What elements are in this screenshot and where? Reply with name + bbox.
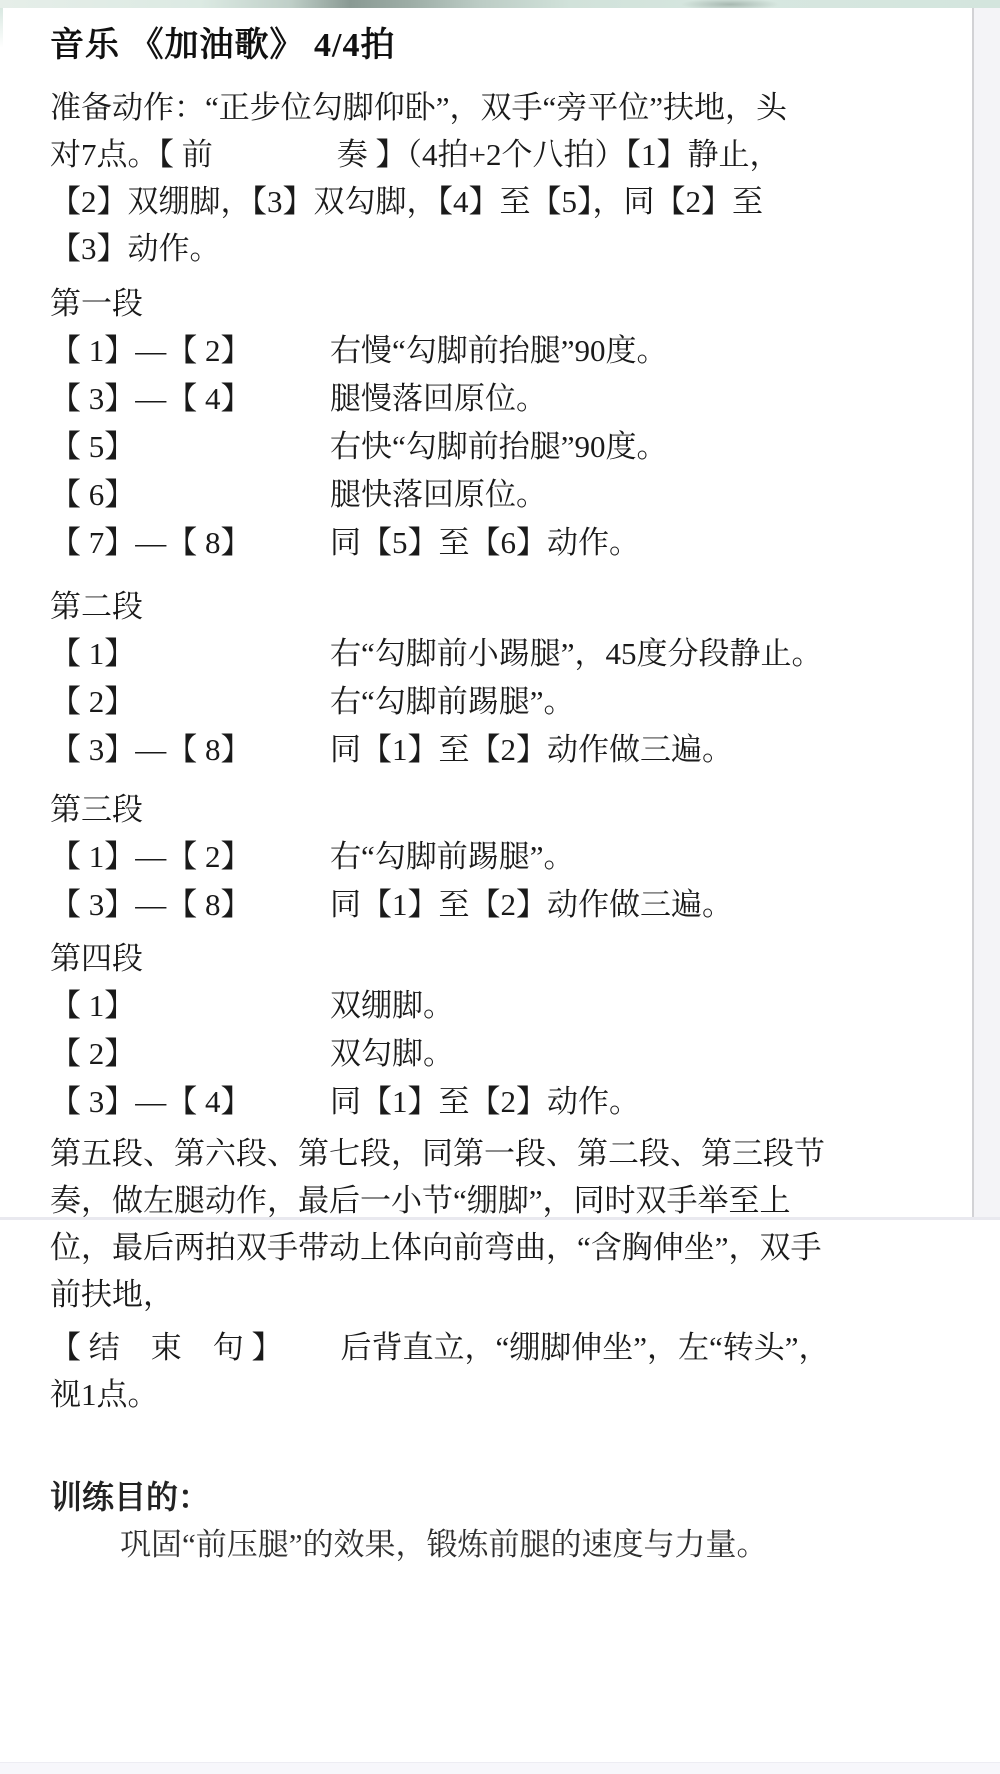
movement-row: 【 2】 右“勾脚前踢腿”。 <box>50 678 940 726</box>
movement-description: 右“勾脚前小踢腿”，45度分段静止。 <box>330 630 940 678</box>
bottom-edge-decoration <box>0 1762 1000 1774</box>
intro-line-2: 对7点。【 前 奏 】（4拍+2个八拍）【1】静止， <box>50 131 940 178</box>
beat-range: 【 1】 <box>50 630 330 678</box>
movement-row: 【 6】 腿快落回原位。 <box>50 471 940 519</box>
training-purpose-body: 巩固“前压腿”的效果，锻炼前腿的速度与力量。 <box>50 1521 940 1568</box>
ending-tail: 视1点。 <box>50 1371 940 1418</box>
closing-line-1: 第五段、第六段、第七段，同第一段、第二段、第三段节 <box>50 1130 940 1177</box>
movement-row: 【 1】—【 2】 右“勾脚前踢腿”。 <box>50 833 940 881</box>
movement-description: 同【1】至【2】动作。 <box>330 1078 940 1126</box>
closing-paragraph: 第五段、第六段、第七段，同第一段、第二段、第三段节 奏，做左腿动作，最后一小节“… <box>50 1130 940 1318</box>
scrollbar-track[interactable] <box>972 8 1000 1217</box>
ending-description: 后背直立，“绷脚伸坐”，左“转头”， <box>341 1324 830 1371</box>
section-3: 第三段 【 1】—【 2】 右“勾脚前踢腿”。 【 3】—【 8】 同【1】至【… <box>50 786 940 929</box>
movement-row: 【 5】 右快“勾脚前抬腿”90度。 <box>50 423 940 471</box>
beat-range: 【 3】—【 8】 <box>50 726 330 774</box>
movement-row: 【 7】—【 8】 同【5】至【6】动作。 <box>50 519 940 567</box>
movement-description: 同【5】至【6】动作。 <box>330 519 940 567</box>
intro-line-1: 准备动作：“正步位勾脚仰卧”，双手“旁平位”扶地，头 <box>50 84 940 131</box>
beat-range: 【 6】 <box>50 471 330 519</box>
beat-range: 【 3】—【 4】 <box>50 1078 330 1126</box>
training-purpose-heading: 训练目的： <box>50 1474 940 1521</box>
ending-label: 【 结 束 句 】 <box>50 1324 283 1371</box>
movement-row: 【 3】—【 4】 同【1】至【2】动作。 <box>50 1078 940 1126</box>
movement-description: 同【1】至【2】动作做三遍。 <box>330 881 940 929</box>
movement-row: 【 3】—【 8】 同【1】至【2】动作做三遍。 <box>50 726 940 774</box>
movement-row: 【 3】—【 4】 腿慢落回原位。 <box>50 375 940 423</box>
movement-row: 【 3】—【 8】 同【1】至【2】动作做三遍。 <box>50 881 940 929</box>
preparation-paragraph: 准备动作：“正步位勾脚仰卧”，双手“旁平位”扶地，头 对7点。【 前 奏 】（4… <box>50 84 940 272</box>
section-2-heading: 第二段 <box>50 583 940 630</box>
intro-line-4: 【3】动作。 <box>50 225 940 272</box>
movement-row: 【 1】 右“勾脚前小踢腿”，45度分段静止。 <box>50 630 940 678</box>
movement-row: 【 1】—【 2】 右慢“勾脚前抬腿”90度。 <box>50 327 940 375</box>
left-edge-tint <box>0 8 3 48</box>
beat-range: 【 5】 <box>50 423 330 471</box>
movement-description: 右慢“勾脚前抬腿”90度。 <box>330 327 940 375</box>
document-page: 音乐 《加油歌》 4/4拍 准备动作：“正步位勾脚仰卧”，双手“旁平位”扶地，头… <box>0 0 1000 1774</box>
beat-range: 【 3】—【 4】 <box>50 375 330 423</box>
section-4-heading: 第四段 <box>50 935 940 982</box>
section-3-heading: 第三段 <box>50 786 940 833</box>
top-edge-decoration <box>0 0 1000 8</box>
movement-description: 右“勾脚前踢腿”。 <box>330 833 940 881</box>
beat-range: 【 7】—【 8】 <box>50 519 330 567</box>
movement-description: 同【1】至【2】动作做三遍。 <box>330 726 940 774</box>
section-2: 第二段 【 1】 右“勾脚前小踢腿”，45度分段静止。 【 2】 右“勾脚前踢腿… <box>50 583 940 774</box>
intro-line-3: 【2】双绷脚，【3】双勾脚，【4】至【5】，同【2】至 <box>50 178 940 225</box>
section-1-heading: 第一段 <box>50 280 940 327</box>
movement-description: 腿慢落回原位。 <box>330 375 940 423</box>
closing-line-4: 前扶地， <box>50 1271 940 1318</box>
ending-phrase-row: 【 结 束 句 】 后背直立，“绷脚伸坐”，左“转头”， <box>50 1324 940 1371</box>
movement-row: 【 1】 双绷脚。 <box>50 982 940 1030</box>
movement-description: 双绷脚。 <box>330 982 940 1030</box>
beat-range: 【 1】 <box>50 982 330 1030</box>
training-purpose-block: 训练目的： 巩固“前压腿”的效果，锻炼前腿的速度与力量。 <box>50 1474 940 1568</box>
beat-range: 【 2】 <box>50 678 330 726</box>
beat-range: 【 2】 <box>50 1030 330 1078</box>
movement-description: 右快“勾脚前抬腿”90度。 <box>330 423 940 471</box>
section-4: 第四段 【 1】 双绷脚。 【 2】 双勾脚。 【 3】—【 4】 同【1】至【… <box>50 935 940 1126</box>
page-title: 音乐 《加油歌》 4/4拍 <box>50 24 940 68</box>
movement-row: 【 2】 双勾脚。 <box>50 1030 940 1078</box>
document-content: 音乐 《加油歌》 4/4拍 准备动作：“正步位勾脚仰卧”，双手“旁平位”扶地，头… <box>50 24 940 1568</box>
section-1: 第一段 【 1】—【 2】 右慢“勾脚前抬腿”90度。 【 3】—【 4】 腿慢… <box>50 280 940 567</box>
movement-description: 双勾脚。 <box>330 1030 940 1078</box>
beat-range: 【 1】—【 2】 <box>50 833 330 881</box>
movement-description: 右“勾脚前踢腿”。 <box>330 678 940 726</box>
movement-description: 腿快落回原位。 <box>330 471 940 519</box>
beat-range: 【 1】—【 2】 <box>50 327 330 375</box>
beat-range: 【 3】—【 8】 <box>50 881 330 929</box>
closing-line-3: 位，最后两拍双手带动上体向前弯曲，“含胸伸坐”，双手 <box>50 1224 940 1271</box>
closing-line-2: 奏，做左腿动作，最后一小节“绷脚”，同时双手举至上 <box>50 1177 940 1224</box>
